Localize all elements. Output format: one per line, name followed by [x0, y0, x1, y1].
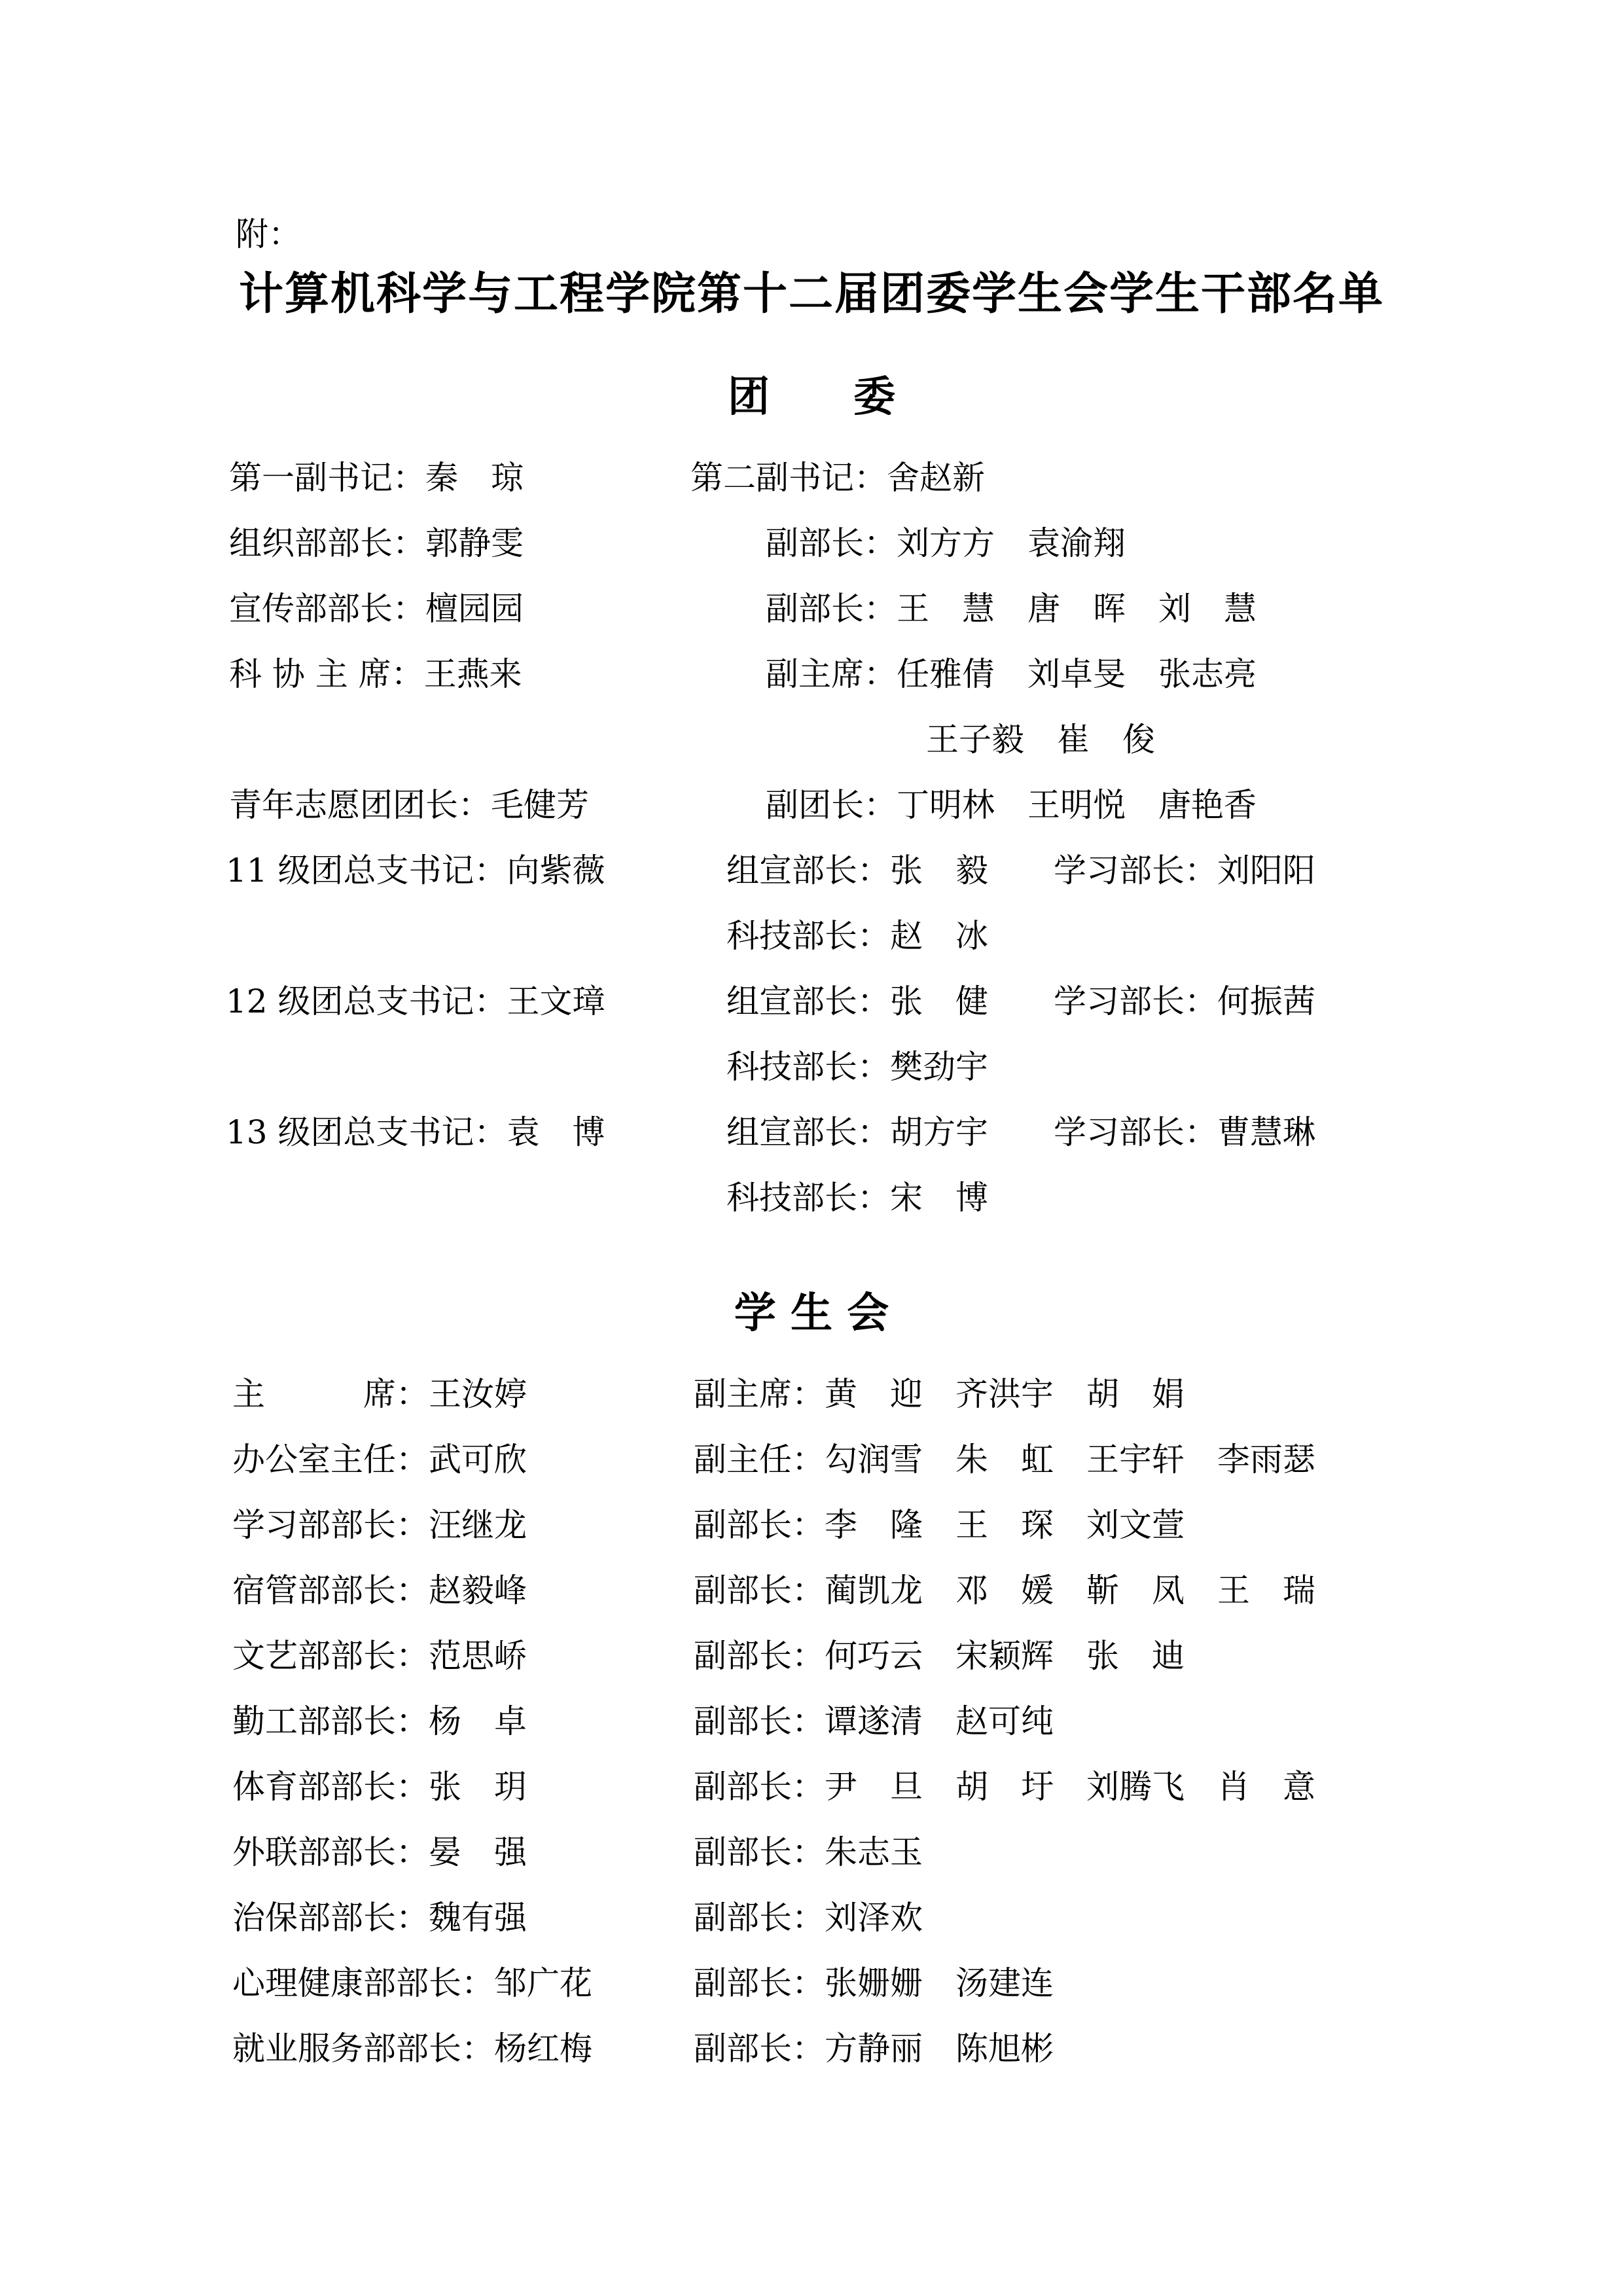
league-row-left: 第一副书记：秦 琼: [229, 458, 524, 497]
su-row-left: 主 席：王汝婷: [232, 1374, 527, 1414]
attachment-label: 附：: [236, 208, 301, 255]
su-row-right: 副部长：何巧云 宋颖辉 张 迪: [694, 1636, 1185, 1676]
league-row-left: 组织部部长：郭静雯: [229, 524, 524, 563]
league-row-right: 副部长：王 慧 唐 晖 刘 慧: [766, 589, 1257, 628]
league-row-right: 王子毅 崔 俊: [926, 720, 1155, 759]
league-row-left: 12 级团总支书记：王文璋: [226, 982, 605, 1021]
league-row-right: 副部长：刘方方 袁渝翔: [766, 524, 1126, 563]
su-row-left: 就业服务部部长：杨红梅: [232, 2029, 592, 2068]
su-row-left: 学习部部长：汪继龙: [232, 1505, 527, 1545]
su-row-right: 副部长：李 隆 王 琛 刘文萱: [694, 1505, 1185, 1545]
su-row-right: 副部长：朱志玉: [694, 1833, 923, 1872]
su-row-right: 副主席：黄 迎 齐洪宇 胡 娟: [694, 1374, 1185, 1414]
league-row-right: 组宣部长：胡方宇 学习部长：曹慧琳: [726, 1113, 1315, 1152]
su-row-left: 治保部部长：魏有强: [232, 1898, 527, 1937]
su-row-left: 体育部部长：张 玥: [232, 1767, 527, 1806]
league-row-left: 11 级团总支书记：向紫薇: [226, 851, 605, 890]
su-row-right: 副部长：方静丽 陈旭彬: [694, 2029, 1054, 2068]
league-row-right: 组宣部长：张 毅 学习部长：刘阳阳: [726, 851, 1315, 890]
su-row-left: 文艺部部长：范思峤: [232, 1636, 527, 1676]
section-heading-league: 团 委: [0, 363, 1623, 423]
league-row-left: 宣传部部长：檀园园: [229, 589, 524, 628]
document-title: 计算机科学与工程学院第十二届团委学生会学生干部名单: [0, 259, 1623, 322]
su-row-left: 办公室主任：武可欣: [232, 1440, 527, 1479]
league-row-left: 青年志愿团团长：毛健芳: [229, 785, 589, 825]
league-row-right: 科技部长：赵 冰: [726, 916, 988, 956]
su-row-left: 外联部部长：晏 强: [232, 1833, 527, 1872]
league-row-left: 13 级团总支书记：袁 博: [226, 1113, 605, 1152]
su-row-right: 副主任：勾润雪 朱 虹 王宇轩 李雨瑟: [694, 1440, 1315, 1479]
su-row-right: 副部长：尹 旦 胡 圩 刘腾飞 肖 意: [694, 1767, 1315, 1806]
su-row-right: 副部长：张姗姗 汤建连: [694, 1964, 1054, 2003]
su-row-right: 副部长：谭遂清 赵可纯: [694, 1702, 1054, 1741]
league-row-right: 副团长：丁明林 王明悦 唐艳香: [766, 785, 1257, 825]
league-row-left: 科 协 主 席：王燕来: [229, 655, 522, 694]
league-row-right: 第二副书记：舍赵新: [690, 458, 985, 497]
league-row-right: 组宣部长：张 健 学习部长：何振茜: [726, 982, 1315, 1021]
su-row-left: 心理健康部部长：邹广花: [232, 1964, 592, 2003]
section-heading-student-union: 学 生 会: [0, 1280, 1623, 1340]
su-row-left: 勤工部部长：杨 卓: [232, 1702, 527, 1741]
su-row-right: 副部长：刘泽欢: [694, 1898, 923, 1937]
su-row-right: 副部长：蔺凯龙 邓 媛 靳 凤 王 瑞: [694, 1571, 1315, 1610]
league-row-right: 科技部长：樊劲宇: [726, 1047, 988, 1086]
league-row-right: 科技部长：宋 博: [726, 1178, 988, 1217]
league-row-right: 副主席：任雅倩 刘卓旻 张志亮: [766, 655, 1257, 694]
su-row-left: 宿管部部长：赵毅峰: [232, 1571, 527, 1610]
